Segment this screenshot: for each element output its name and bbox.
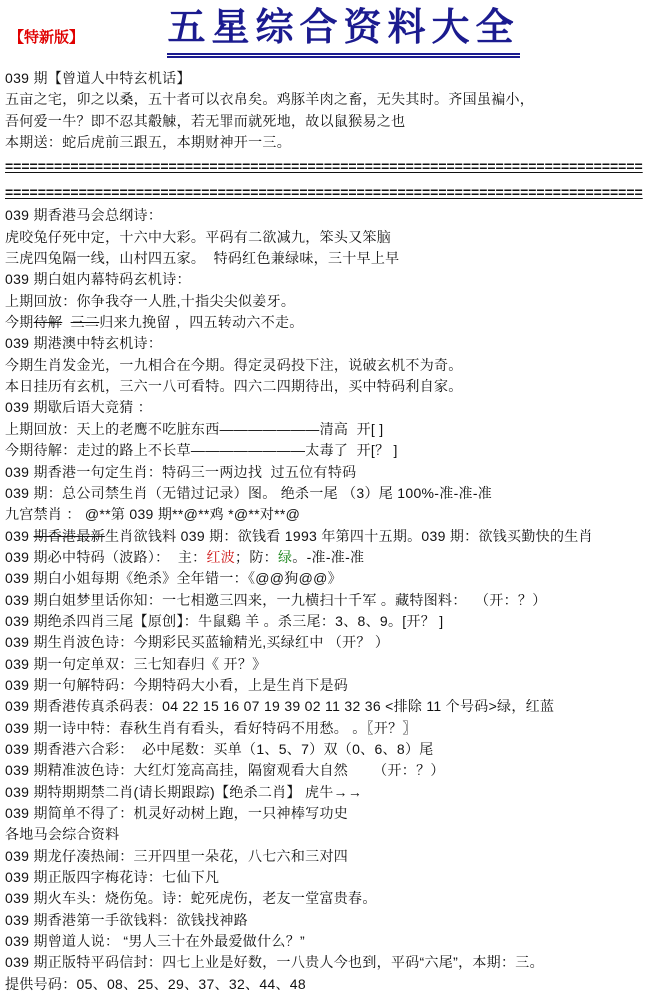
text-line: 039 期：总公司禁生肖（无错过记录）图。 绝杀一尾 （3）尾 100%-准-准…: [5, 483, 652, 504]
text-line: 039 期一句定单双：三七知春归《 开？》: [5, 654, 652, 675]
text-line: 039 期简单不得了：机灵好动树上跑，一只神棒写功史: [5, 803, 652, 824]
text-line: 039 期生肖波色诗：今期彩民买蓝输精光,买绿红中 （开？ ）: [5, 632, 652, 653]
text-segment: 期香港最新: [33, 528, 105, 544]
text-segment: 039 期香港传真杀码表：04 22 15 16 07 19 39 02 11 …: [5, 698, 554, 714]
text-segment: 上期回放：天上的老鹰不吃脏东西———————清高 开[ ]: [5, 421, 383, 437]
edition-badge: 【特新版】: [9, 26, 84, 47]
text-segment: 039 期白姐梦里话你知：一七相邀三四来，一九横扫十千军 。藏特图料： （开：？…: [5, 592, 547, 608]
text-segment: 提供号码：05、08、25、29、37、32、44、48: [5, 976, 306, 992]
text-segment: 039 期白小姐每期《绝杀》全年错一：《@@狗@@》: [5, 570, 342, 586]
page-header: 【特新版】 五星综合资料大全: [5, 4, 652, 66]
text-line: 今期生肖发金光，一九相合在今期。得定灵码投下注，说破玄机不为奇。: [5, 355, 652, 376]
text-line: 吾何爱一牛？即不忍其觳觫，若无罪而就死地，故以鼠猴易之也: [5, 111, 652, 132]
separator-line: ========================================…: [5, 153, 652, 179]
text-line: 039 期白姐内幕特码玄机诗：: [5, 269, 652, 290]
text-segment: 今期: [5, 314, 34, 330]
text-line: 本日挂历有玄机，三六一八可看特。四六二四期待出，买中特码利自家。: [5, 376, 652, 397]
text-line: 九宫禁肖 ： @**第 039 期**@**鸡 *@**对**@: [5, 504, 652, 525]
text-segment: 039 期一诗中特：春秋生肖有看头，看好特码不用愁。 。〖开？〗: [5, 720, 417, 736]
text-segment: 三二: [71, 314, 100, 330]
text-line: 039 期火车头：烧伤兔。诗：蛇死虎伤，老友一堂富贵春。: [5, 888, 652, 909]
text-segment: 五亩之宅，卯之以桑，五十者可以衣帛矣。鸡豚羊肉之畜，无失其时。齐国虽褊小，: [5, 91, 534, 107]
text-line: 039 期正版特平码信封：四七上业是好数，一八贵人今也到，平码“六尾”，本期：三…: [5, 952, 652, 973]
text-segment: 039 期火车头：烧伤兔。诗：蛇死虎伤，老友一堂富贵春。: [5, 890, 377, 906]
text-segment: 039 期简单不得了：机灵好动树上跑，一只神棒写功史: [5, 805, 348, 821]
text-line: 039 期精准波色诗：大红灯笼高高挂，隔窗观看大自然 （开：？）: [5, 760, 652, 781]
text-segment: 绿: [278, 549, 292, 565]
text-line: 039 期香港六合彩： 必中尾数：买单（1、5、7）双（0、6、8）尾: [5, 739, 652, 760]
text-line: 五亩之宅，卯之以桑，五十者可以衣帛矣。鸡豚羊肉之畜，无失其时。齐国虽褊小，: [5, 89, 652, 110]
text-line: 039 期香港一句定生肖：特码三一两边找 过五位有特码: [5, 462, 652, 483]
text-segment: 039 期歇后语大竞猜 ：: [5, 399, 152, 415]
text-segment: 039 期龙仔凑热闹：三开四里一朵花，八七六和三对四: [5, 848, 348, 864]
text-segment: 虎咬兔仔死中定，十六中大彩。平码有二欲减九，笨头又笨脑: [5, 229, 391, 245]
text-line: 提供号码：05、08、25、29、37、32、44、48: [5, 974, 652, 994]
text-segment: 。-准-准-准: [292, 549, 364, 565]
text-segment: 红波: [206, 549, 235, 565]
text-segment: 039 期香港六合彩： 必中尾数：买单（1、5、7）双（0、6、8）尾: [5, 741, 434, 757]
text-line: 039 期曾道人说： “男人三十在外最爱做什么？”: [5, 931, 652, 952]
text-segment: 今期待解：走过的路上不长草————————太毒了 开[？ ]: [5, 442, 398, 458]
text-segment: 三虎四兔隔一线，山村四五家。 特码红色兼绿味，三十早上早: [5, 250, 399, 266]
text-segment: 039 期香港一句定生肖：特码三一两边找 过五位有特码: [5, 464, 356, 480]
text-segment: 039: [5, 528, 33, 544]
text-segment: 039 期精准波色诗：大红灯笼高高挂，隔窗观看大自然 （开：？）: [5, 762, 445, 778]
text-line: 各地马会综合资料: [5, 824, 652, 845]
text-segment: 各地马会综合资料: [5, 826, 119, 842]
text-segment: 039 期白姐内幕特码玄机诗：: [5, 271, 191, 287]
page: 【特新版】 五星综合资料大全 039 期【曾道人中特玄机话】五亩之宅，卯之以桑，…: [0, 0, 656, 994]
text-segment: 039 期香港马会总纲诗：: [5, 207, 162, 223]
text-segment: 待解: [34, 314, 63, 330]
text-line: 039 期香港传真杀码表：04 22 15 16 07 19 39 02 11 …: [5, 696, 652, 717]
text-line: 039 期一句解特码：今期特码大小看，上是生肖下是码: [5, 675, 652, 696]
text-segment: 039 期绝杀四肖三尾【原创】：牛鼠鷄 羊 。杀三尾：3、8、9。[开？ ]: [5, 613, 443, 629]
text-segment: 今期生肖发金光，一九相合在今期。得定灵码投下注，说破玄机不为奇。: [5, 357, 463, 373]
text-segment: 吾何爱一牛？即不忍其觳觫，若无罪而就死地，故以鼠猴易之也: [5, 113, 405, 129]
text-line: 本期送：蛇后虎前三跟五，本期财神开一三。: [5, 132, 652, 153]
text-segment: 上期回放：你争我夺一人胜,十指尖尖似姜牙。: [5, 293, 295, 309]
text-line: 039 期一诗中特：春秋生肖有看头，看好特码不用愁。 。〖开？〗: [5, 718, 652, 739]
text-line: 039 期香港最新生肖欲钱料 039 期：欲钱看 1993 年第四十五期。039…: [5, 526, 652, 547]
text-line: 039 期必中特码（波路）： 主：红波；防：绿。-准-准-准: [5, 547, 652, 568]
text-line: 今期待解：走过的路上不长草————————太毒了 开[？ ]: [5, 440, 652, 461]
text-segment: 039 期香港第一手欲钱料：欲钱找神路: [5, 912, 248, 928]
text-line: 039 期白小姐每期《绝杀》全年错一：《@@狗@@》: [5, 568, 652, 589]
text-line: 上期回放：你争我夺一人胜,十指尖尖似姜牙。: [5, 291, 652, 312]
text-segment: 039 期必中特码（波路）： 主：: [5, 549, 206, 565]
text-segment: [62, 314, 70, 330]
text-line: 今期待解 三二归来九挽留 ，四五转动六不走。: [5, 312, 652, 333]
separator-line: ========================================…: [5, 179, 652, 205]
text-segment: 本期送：蛇后虎前三跟五，本期财神开一三。: [5, 134, 291, 150]
text-line: 039 期正版四字梅花诗：七仙下凡: [5, 867, 652, 888]
page-title: 五星综合资料大全: [167, 4, 519, 58]
text-segment: 039 期生肖波色诗：今期彩民买蓝输精光,买绿红中 （开？ ）: [5, 634, 389, 650]
text-line: 039 期绝杀四肖三尾【原创】：牛鼠鷄 羊 。杀三尾：3、8、9。[开？ ]: [5, 611, 652, 632]
text-line: 039 期龙仔凑热闹：三开四里一朵花，八七六和三对四: [5, 846, 652, 867]
text-line: 三虎四兔隔一线，山村四五家。 特码红色兼绿味，三十早上早: [5, 248, 652, 269]
text-segment: 归来九挽留 ，四五转动六不走。: [99, 314, 303, 330]
text-line: 039 期【曾道人中特玄机话】: [5, 68, 652, 89]
text-segment: 039 期一句定单双：三七知春归《 开？》: [5, 656, 266, 672]
text-segment: 039 期正版四字梅花诗：七仙下凡: [5, 869, 219, 885]
text-segment: 039 期正版特平码信封：四七上业是好数，一八贵人今也到，平码“六尾”，本期：三…: [5, 954, 544, 970]
text-line: 039 期歇后语大竞猜 ：: [5, 397, 652, 418]
text-segment: ；防：: [235, 549, 278, 565]
text-line: 039 期香港马会总纲诗：: [5, 205, 652, 226]
text-line: 039 期港澳中特玄机诗：: [5, 333, 652, 354]
text-segment: 本日挂历有玄机，三六一八可看特。四六二四期待出，买中特码利自家。: [5, 378, 463, 394]
text-segment: ========================================…: [5, 184, 643, 200]
content-lines: 039 期【曾道人中特玄机话】五亩之宅，卯之以桑，五十者可以衣帛矣。鸡豚羊肉之畜…: [5, 68, 652, 994]
text-segment: 039 期港澳中特玄机诗：: [5, 335, 162, 351]
text-segment: 039 期一句解特码：今期特码大小看，上是生肖下是码: [5, 677, 348, 693]
text-segment: 039 期曾道人说： “男人三十在外最爱做什么？”: [5, 933, 305, 949]
text-line: 039 期香港第一手欲钱料：欲钱找神路: [5, 910, 652, 931]
text-segment: 039 期：总公司禁生肖（无错过记录）图。 绝杀一尾 （3）尾 100%-准-准…: [5, 485, 492, 501]
text-segment: 生肖欲钱料 039 期：欲钱看 1993 年第四十五期。039 期：欲钱买勤快的…: [105, 528, 593, 544]
text-line: 上期回放：天上的老鹰不吃脏东西———————清高 开[ ]: [5, 419, 652, 440]
text-segment: 039 期【曾道人中特玄机话】: [5, 70, 191, 86]
text-line: 039 期特期期禁二肖(请长期跟踪)【绝杀二肖】 虎牛→→: [5, 782, 652, 803]
text-segment: 039 期特期期禁二肖(请长期跟踪)【绝杀二肖】 虎牛→→: [5, 784, 362, 800]
text-segment: 九宫禁肖 ： @**第 039 期**@**鸡 *@**对**@: [5, 506, 300, 522]
text-segment: ========================================…: [5, 158, 643, 174]
text-line: 039 期白姐梦里话你知：一七相邀三四来，一九横扫十千军 。藏特图料： （开：？…: [5, 590, 652, 611]
text-line: 虎咬兔仔死中定，十六中大彩。平码有二欲减九，笨头又笨脑: [5, 227, 652, 248]
